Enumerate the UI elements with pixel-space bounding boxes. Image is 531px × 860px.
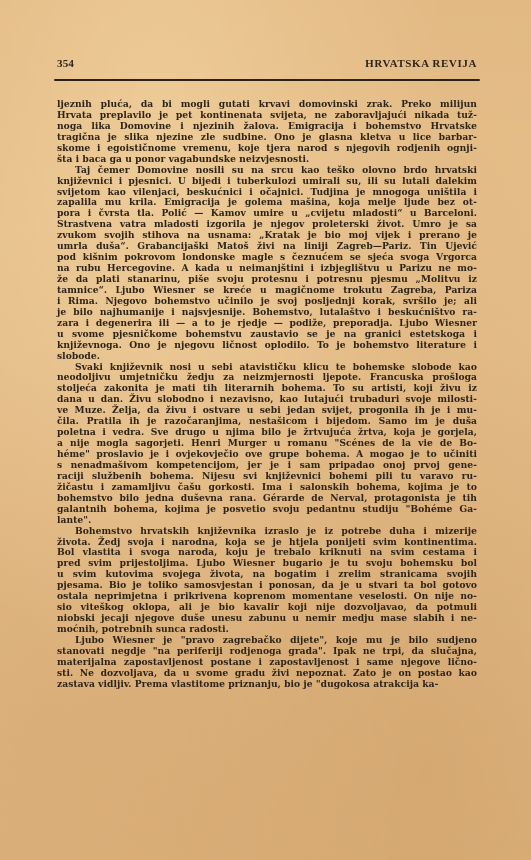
text-line: Bohemstvo hrvatskih književnika izraslo … — [57, 527, 477, 538]
paragraph: Bohemstvo hrvatskih književnika izraslo … — [57, 527, 477, 636]
text-line: slobode. — [57, 352, 477, 363]
header-rule — [54, 79, 480, 81]
text-line: lante". — [57, 516, 477, 527]
text-line: književnici i pjesnici. U bijedi i tuber… — [57, 177, 477, 188]
text-line: šta i baca ga u ponor vagabundske neizvj… — [57, 155, 477, 166]
article-body: ljeznih pluća, da bi mogli gutati krvavi… — [57, 100, 477, 691]
text-line: galantnih bohema, kojima je posvetio svo… — [57, 505, 477, 516]
text-line: Taj čemer Domovine nosili su na srcu kao… — [57, 166, 477, 177]
paragraph: Svaki književnik nosi u sebi atavističku… — [57, 363, 477, 527]
page-number: 354 — [57, 58, 74, 70]
text-line: u svome pjesničkome bohemstvu zaustavio … — [57, 330, 477, 341]
paragraph: Ljubo Wiesner je "pravo zagrebačko dijet… — [57, 636, 477, 691]
page-header: 354 HRVATSKA REVIJA — [57, 54, 477, 70]
running-title: HRVATSKA REVIJA — [365, 58, 477, 70]
text-line: književnoga. Ono je njegovu ličnost oplo… — [57, 341, 477, 352]
paragraph: Taj čemer Domovine nosili su na srcu kao… — [57, 166, 477, 363]
paragraph: ljeznih pluća, da bi mogli gutati krvavi… — [57, 100, 477, 166]
text-line: zastava vidljiv. Prema vlastitome prizna… — [57, 680, 477, 691]
